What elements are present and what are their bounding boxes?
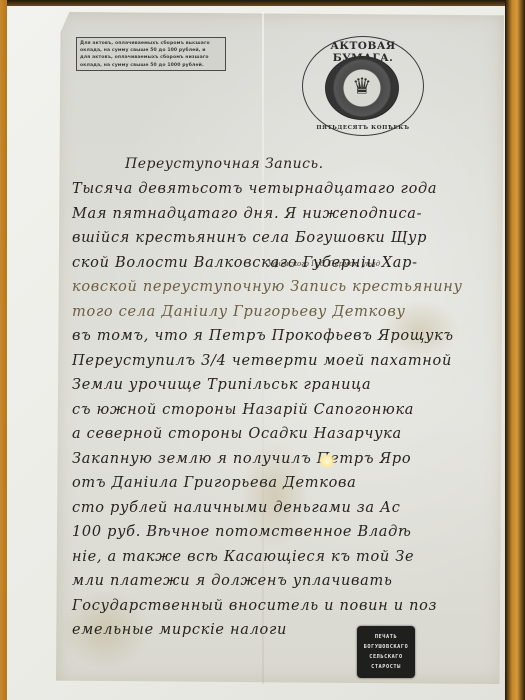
- body-line: отъ Даніила Григорьева Деткова: [72, 475, 492, 500]
- stamp-line: ПЕЧАТЬ: [375, 632, 397, 642]
- seal-bottom-text: ПЯТЬДЕСЯТЪ КОПѢЕКЪ: [303, 125, 423, 131]
- body-line: Закапную землю я получилъ Петръ Яро: [72, 451, 492, 476]
- body-line: ніе, а также всѣ Касающіеся къ той Зе: [72, 549, 492, 574]
- notice-line: для актовъ, оплачиваемыхъ сборомъ низшаг…: [80, 54, 222, 61]
- body-line: Мая пятнадцатаго дня. Я нижеподписа-: [72, 206, 492, 231]
- body-line: мли платежи я долженъ уплачивать: [72, 573, 492, 598]
- document-title: Переуступочная Запись.: [125, 156, 324, 172]
- body-line: 100 руб. Вѣчное потомственное Владѣ: [72, 524, 492, 549]
- body-line: а северной стороны Осадки Назарчука: [72, 426, 492, 451]
- body-line: Тысяча девятьсотъ четырнадцатаго года: [72, 181, 492, 206]
- stamp-line: СТАРОСТЫ: [371, 662, 401, 672]
- stamp-paper-seal: АКТОВАЯ БУМАГА. ♛ ПЯТЬДЕСЯТЪ КОПѢЕКЪ: [302, 36, 424, 136]
- village-elder-stamp: ПЕЧАТЬ БОГУШОВСКАГО СЕЛЬСКАГО СТАРОСТЫ: [357, 626, 415, 678]
- body-line: въ томъ, что я Петръ Прокофьевъ Ярощукъ: [72, 328, 492, 353]
- body-line: емельные мирскіе налоги: [72, 622, 492, 647]
- body-line: ковской переуступочную Запись крестьянин…: [72, 279, 492, 304]
- stamp-line: БОГУШОВСКАГО: [364, 642, 409, 652]
- notice-line: оклада, на сумму свыше 50 до 1000 рублей…: [80, 62, 222, 69]
- frame-right-edge: [505, 0, 525, 700]
- body-line: того села Даніилу Григорьеву Деткову: [72, 304, 492, 329]
- notice-line: оклада, на сумму свыше 50 до 100 рублей,…: [80, 47, 222, 54]
- handwritten-body: Тысяча девятьсотъ четырнадцатаго года Ма…: [72, 181, 492, 647]
- notice-line: Для актовъ, оплачиваемыхъ сборомъ высшаг…: [80, 40, 222, 47]
- printed-notice-box: Для актовъ, оплачиваемыхъ сборомъ высшаг…: [76, 37, 226, 71]
- body-line: ской Волости Валковскаго Губерніи Хар-: [72, 255, 492, 280]
- body-line: Земли урочище Трипільськ граница: [72, 377, 492, 402]
- light-glare: [318, 454, 336, 468]
- stamp-line: СЕЛЬСКАГО: [369, 652, 403, 662]
- seal-emblem-ring: ♛: [325, 56, 399, 120]
- frame-left-edge: [0, 0, 7, 700]
- double-headed-eagle-icon: ♛: [352, 77, 372, 99]
- body-line: сто рублей наличными деньгами за Ас: [72, 500, 492, 525]
- body-line: Переуступилъ 3/4 четверти моей пахатной: [72, 353, 492, 378]
- body-line: Государственный вноситель и повин и поз: [72, 598, 492, 623]
- body-line: съ южной стороны Назарій Сапогонюка: [72, 402, 492, 427]
- body-line: вшійся крестьянинъ села Богушовки Щур: [72, 230, 492, 255]
